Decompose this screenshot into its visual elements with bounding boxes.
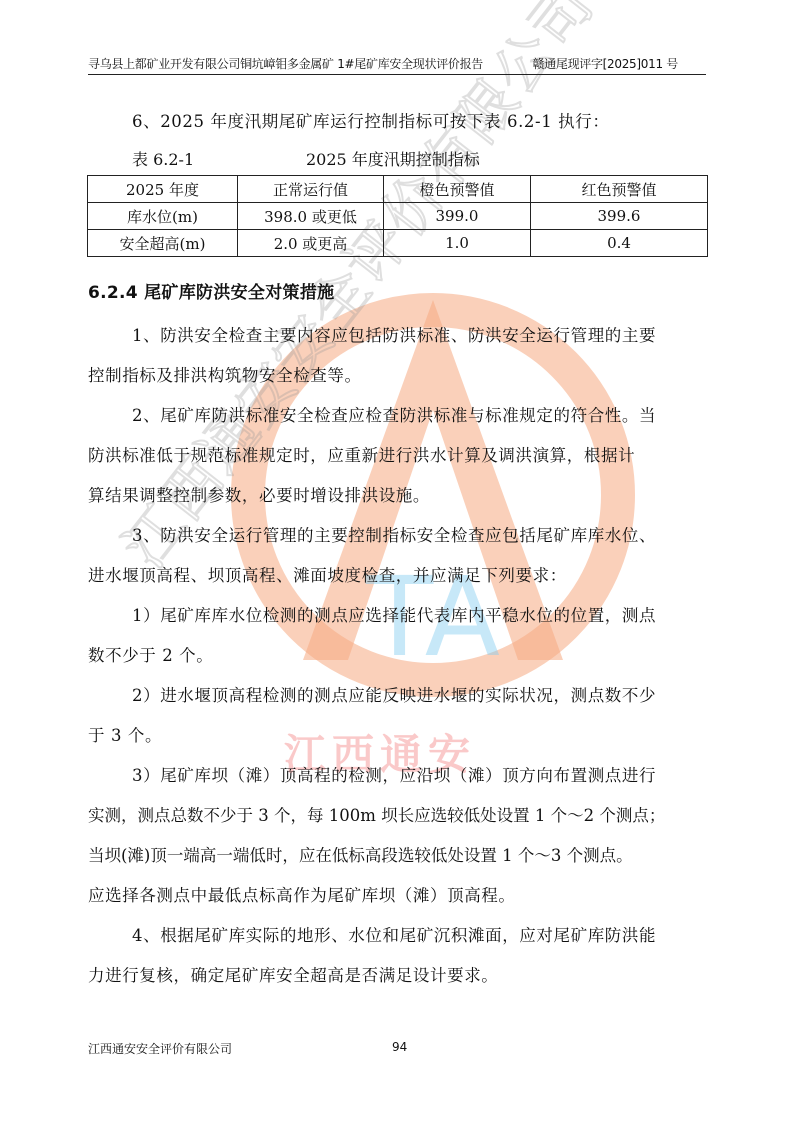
table-cell: 399.0 [384, 203, 531, 230]
paragraph-line: 3、防洪安全运行管理的主要控制指标安全检查应包括尾矿库库水位、 [88, 526, 708, 546]
table-cell: 399.6 [531, 203, 708, 230]
paragraph-line: 应选择各测点中最低点标高作为尾矿库坝（滩）顶高程。 [88, 886, 708, 906]
table-cell: 398.0 或更低 [238, 203, 384, 230]
table-title: 2025 年度汛期控制指标 [306, 150, 480, 170]
paragraph-line: 3）尾矿库坝（滩）顶高程的检测，应沿坝（滩）顶方向布置测点进行 [88, 766, 708, 786]
report-number: 赣通尾现评字[2025]011 号 [532, 56, 678, 72]
page-header: 寻乌县上都矿业开发有限公司铜坑嶂钼多金属矿 1#尾矿库安全现状评价报告 赣通尾现… [88, 56, 706, 75]
paragraph-line: 1）尾矿库库水位检测的测点应选择能代表库内平稳水位的位置，测点 [88, 606, 708, 626]
table-cell: 安全超高(m) [88, 230, 238, 257]
table-row: 库水位(m) 398.0 或更低 399.0 399.6 [88, 203, 708, 230]
intro-paragraph: 6、2025 年度汛期尾矿库运行控制指标可按下表 6.2-1 执行： [88, 112, 708, 132]
table-header-cell: 红色预警值 [531, 176, 708, 203]
paragraph-line: 实测，测点总数不少于 3 个，每 100m 坝长应选较低处设置 1 个～2 个测… [88, 806, 708, 826]
table-row: 安全超高(m) 2.0 或更高 1.0 0.4 [88, 230, 708, 257]
table-header-cell: 2025 年度 [88, 176, 238, 203]
page-number: 94 [392, 1040, 407, 1054]
table-cell: 1.0 [384, 230, 531, 257]
table-cell: 库水位(m) [88, 203, 238, 230]
paragraph-line: 2、尾矿库防洪标准安全检查应检查防洪标准与标准规定的符合性。当 [88, 406, 708, 426]
paragraph-line: 防洪标准低于规范标准规定时，应重新进行洪水计算及调洪演算，根据计 [88, 446, 708, 466]
control-index-table: 2025 年度 正常运行值 橙色预警值 红色预警值 库水位(m) 398.0 或… [87, 175, 708, 257]
paragraph-line: 数不少于 2 个。 [88, 646, 708, 666]
table-header-cell: 橙色预警值 [384, 176, 531, 203]
paragraph-line: 当坝(滩)顶一端高一端低时，应在低标高段选较低处设置 1 个～3 个测点。 [88, 846, 708, 866]
section-heading: 6.2.4 尾矿库防洪安全对策措施 [88, 278, 334, 303]
document-page: TA 江西通安安全评价有限公司 江西通安 寻乌县上都矿业开发有限公司铜坑嶂钼多金… [0, 0, 793, 1122]
paragraph-line: 进水堰顶高程、坝顶高程、滩面坡度检查，并应满足下列要求： [88, 566, 708, 586]
table-header-row: 2025 年度 正常运行值 橙色预警值 红色预警值 [88, 176, 708, 203]
table-cell: 0.4 [531, 230, 708, 257]
paragraph-line: 力进行复核，确定尾矿库安全超高是否满足设计要求。 [88, 966, 708, 986]
paragraph-line: 1、防洪安全检查主要内容应包括防洪标准、防洪安全运行管理的主要 [88, 326, 708, 346]
table-cell: 2.0 或更高 [238, 230, 384, 257]
paragraph-line: 控制指标及排洪构筑物安全检查等。 [88, 366, 708, 386]
table-header-cell: 正常运行值 [238, 176, 384, 203]
paragraph-line: 2）进水堰顶高程检测的测点应能反映进水堰的实际状况，测点数不少 [88, 686, 708, 706]
footer-company: 江西通安安全评价有限公司 [88, 1040, 232, 1057]
table-number: 表 6.2-1 [132, 150, 194, 170]
paragraph-line: 4、根据尾矿库实际的地形、水位和尾矿沉积滩面，应对尾矿库防洪能 [88, 926, 708, 946]
report-title: 寻乌县上都矿业开发有限公司铜坑嶂钼多金属矿 1#尾矿库安全现状评价报告 [88, 56, 483, 72]
paragraph-line: 于 3 个。 [88, 726, 708, 746]
paragraph-line: 算结果调整控制参数，必要时增设排洪设施。 [88, 486, 708, 506]
